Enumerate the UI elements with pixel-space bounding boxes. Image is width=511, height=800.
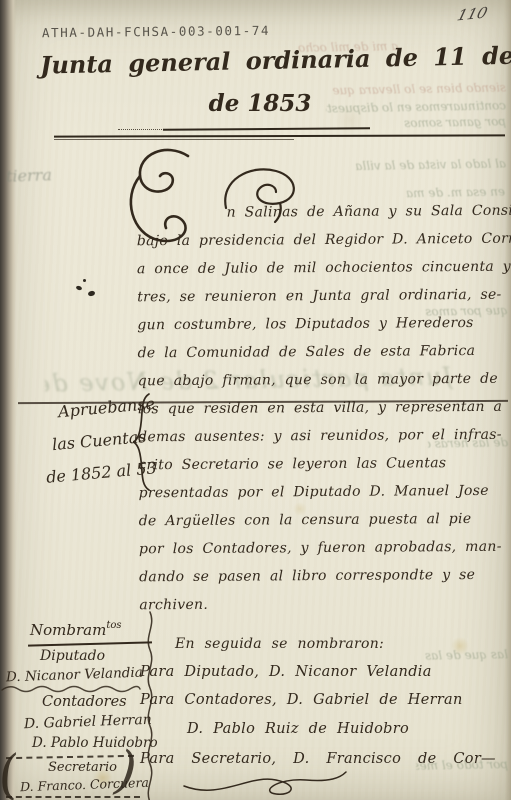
body-line: bajo la presidencia del Regidor D. Anice… xyxy=(137,231,510,262)
margin-entry-velandia: D. Nicanor Velandia xyxy=(6,665,143,686)
bleedthrough-text: tierra xyxy=(6,165,52,186)
margin-heading-nombramientos: Nombramtos xyxy=(30,620,122,639)
margin-entry-contadores: Contadores xyxy=(42,694,127,710)
margin-entry-secretario: Secretario xyxy=(48,760,117,775)
ink-blot xyxy=(75,285,82,291)
margin-heading-main: Nombram xyxy=(30,621,106,639)
body-line: por los Contadores, y fueron aprobadas, … xyxy=(139,539,511,570)
body-text: n Salinas de Añana y su Sala Consistoria… xyxy=(137,203,511,626)
body-line: que abajo firman, que son la mayor parte… xyxy=(138,371,511,402)
bleedthrough-text: las que de las salinas xyxy=(424,647,508,662)
appointments-line: Para Contadores, D. Gabriel de Herran xyxy=(140,692,463,708)
margin-entry-diputado: Diputado xyxy=(40,648,105,664)
wavy-underline-icon xyxy=(0,684,142,694)
manuscript-page: a mi de mil ocho siendo bien se lo lleva… xyxy=(0,0,511,800)
body-line: de la Comunidad de Sales de esta Fabrica xyxy=(138,343,511,374)
bleedthrough-text: al lado la vista de la villa xyxy=(330,156,506,173)
body-line: dando se pasen al libro correspondte y s… xyxy=(139,567,511,598)
appointments-line: Para Diputado, D. Nicanor Velandia xyxy=(140,664,432,680)
header-rule-double xyxy=(54,139,294,140)
title-underline-dots xyxy=(118,129,162,130)
page-title-line1: Junta general ordinaria de 11 de Julio xyxy=(40,41,481,79)
signature-flourish-icon xyxy=(180,770,350,800)
margin-entry-herran: D. Gabriel Herran xyxy=(24,712,152,732)
margin-brace-icon xyxy=(132,392,152,492)
body-line: demas ausentes: y asi reunidos, por el i… xyxy=(138,427,511,458)
body-line: crito Secretario se leyeron las Cuentas xyxy=(138,455,511,486)
body-line: a once de Julio de mil ochocientos cincu… xyxy=(137,259,510,290)
ink-blot xyxy=(83,279,86,282)
header-rule xyxy=(54,134,505,137)
body-line: archiven. xyxy=(139,595,511,626)
appointments-line: D. Pablo Ruiz de Huidobro xyxy=(187,721,409,737)
bleedthrough-text: en esa m. de ma xyxy=(335,185,505,202)
body-line: presentadas por el Diputado D. Manuel Jo… xyxy=(138,483,511,514)
body-line: los que residen en esta villa, y represe… xyxy=(138,399,511,430)
archive-reference-code: ATHA-DAH-FCHSA-003-001-74 xyxy=(42,23,270,40)
appointments-line: Para Secretario, D. Francisco de Cor— xyxy=(140,751,496,767)
appointments-line: En seguida se nombraron: xyxy=(175,636,384,652)
ink-blot xyxy=(87,290,95,297)
body-line: gun costumbre, los Diputados y Herederos xyxy=(137,315,510,346)
margin-heading-superscript: tos xyxy=(106,620,121,631)
body-line: n Salinas de Añana y su Sala Consistoria… xyxy=(137,203,510,234)
body-line: de Argüelles con la censura puesta al pi… xyxy=(139,511,511,542)
margin-heading-underline xyxy=(28,641,152,646)
page-number: 110 xyxy=(456,4,490,25)
margin-dashed-divider xyxy=(6,755,134,759)
page-title-line2: de 1853 xyxy=(150,90,370,117)
body-line: tres, se reunieron en Junta gral ordinar… xyxy=(137,287,510,318)
